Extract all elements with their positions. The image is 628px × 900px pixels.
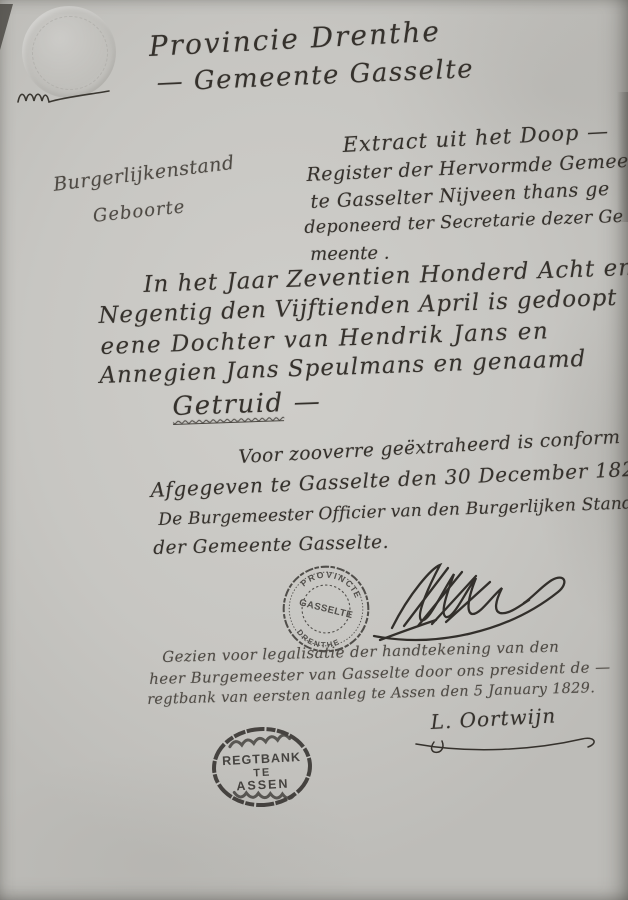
president-signature-name: L. Oortwijn — [430, 703, 557, 734]
president-signature-flourish — [412, 732, 608, 762]
extract-heading-line5: meente . — [310, 243, 390, 265]
embossed-seal-ring — [32, 16, 107, 90]
document-page: Provincie Drenthe — Gemeente Gasselte Bu… — [0, 0, 628, 900]
svg-text:PROVINCIE: PROVINCIE — [297, 563, 368, 603]
clerk-paraph-mark — [14, 84, 114, 110]
name-trailing-dash: — — [293, 387, 322, 418]
assen-court-stamp: REGTBANK TE ASSEN — [203, 722, 322, 812]
municipality-line: — Gemeente Gasselte — [156, 54, 475, 98]
closing-line3: De Burgemeester Officier van den Burgerl… — [158, 493, 628, 530]
extract-heading-line1: Extract uit het Doop — — [342, 119, 610, 157]
burgemeester-signature — [366, 556, 578, 648]
scan-corner-mark — [0, 4, 13, 50]
gasselte-stamp-center-text: GASSELTE — [298, 597, 354, 621]
assen-stamp-line1: REGTBANK — [222, 750, 301, 768]
gasselte-stamp-ring-top-text: PROVINCIE — [297, 563, 368, 603]
province-line: Provincie Drenthe — [148, 15, 442, 63]
assen-stamp-line3: ASSEN — [236, 777, 290, 794]
closing-line4: der Gemeente Gasselte. — [153, 532, 389, 559]
margin-note-line2: Geboorte — [92, 196, 186, 227]
child-name-line: Getruid— — [172, 387, 322, 422]
child-name: Getruid — [172, 388, 284, 425]
margin-note-line1: Burgerlijkenstand — [52, 152, 236, 196]
extract-heading-line4: deponeerd ter Secretarie dezer Ge — [304, 207, 624, 238]
